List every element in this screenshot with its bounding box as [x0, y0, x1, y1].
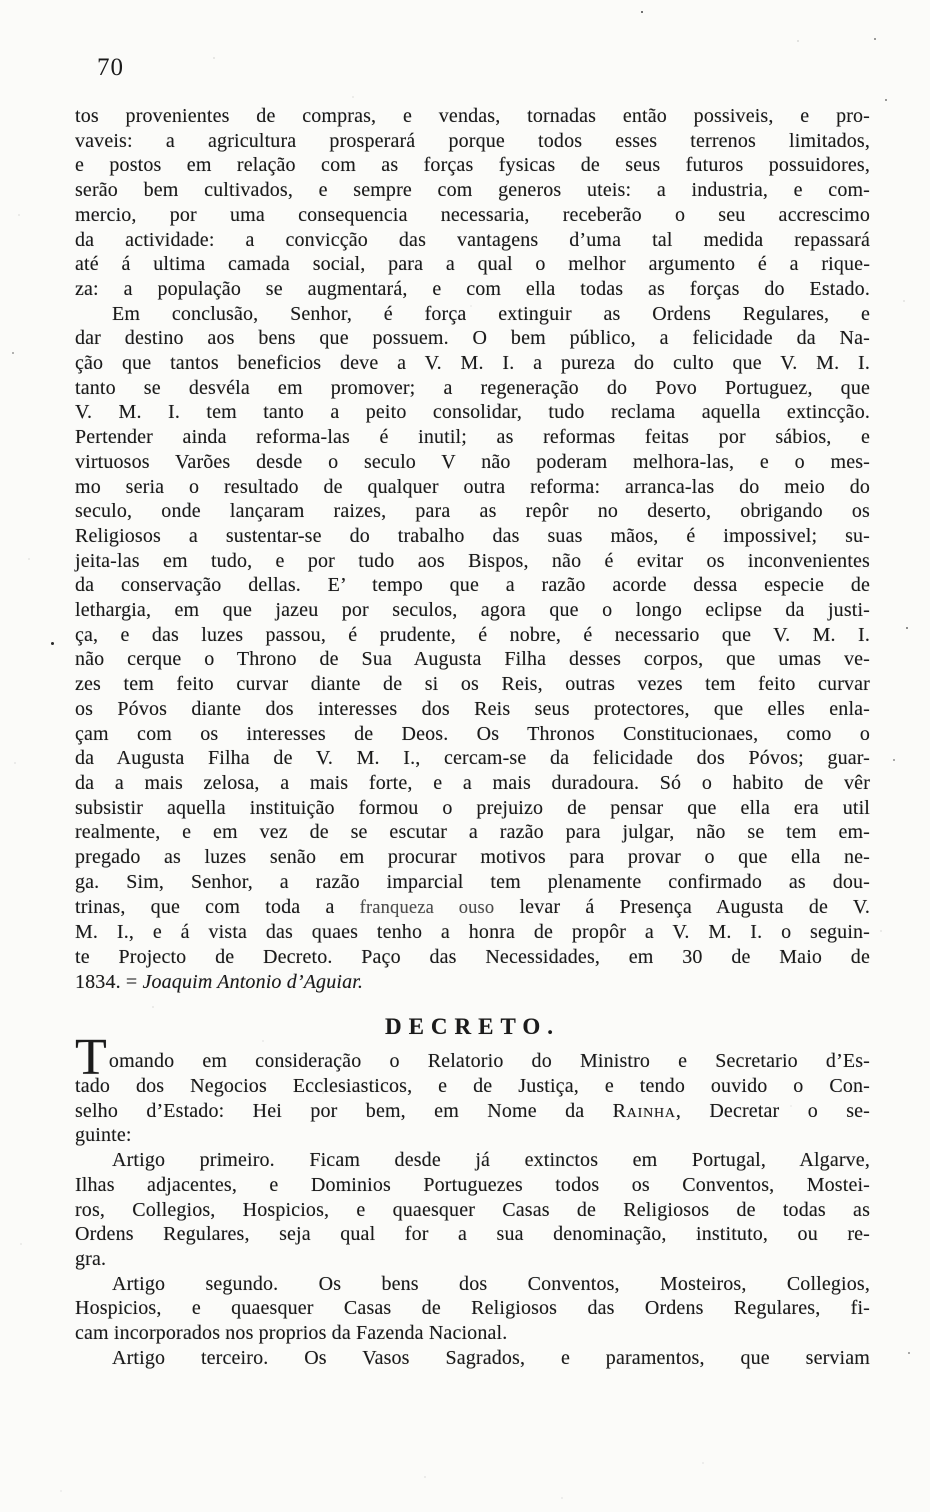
text-segment: gra.: [75, 1248, 106, 1270]
text-segment: Artigo terceiro. Os Vasos Sagrados, e pa…: [112, 1347, 870, 1369]
text-segment: mo seria o resultado de qualquer outra r…: [75, 476, 870, 498]
text-line: subsistir aquella instituição formou o p…: [75, 796, 870, 821]
text-line: te Projecto de Decreto. Paço das Necessi…: [75, 945, 870, 970]
text-segment: za: a população se augmentará, e com ell…: [75, 278, 870, 300]
text-segment: M. I., e á vista das quaes tenho a honra…: [75, 921, 870, 943]
decree-heading: DECRETO.: [75, 1014, 870, 1040]
text-line: mercio, por uma consequencia necessaria,…: [75, 203, 870, 228]
text-line: vaveis: a agricultura prosperará porque …: [75, 129, 870, 154]
text-segment: tanto se desvéla em promover; a regenera…: [75, 377, 870, 399]
text-segment: V. M. I. tem tanto a peito consolidar, t…: [75, 401, 870, 423]
text-segment: Em conclusão, Senhor, é força extinguir …: [112, 303, 870, 325]
text-segment: virtuosos Varões desde o seculo V não po…: [75, 451, 870, 473]
text-line: za: a população se augmentará, e com ell…: [75, 277, 870, 302]
text-segment: Joaquim Antonio d’Aguiar.: [142, 971, 363, 993]
text-segment: seculo, onde lançaram raizes, para as re…: [75, 500, 870, 522]
text-segment: ros, Collegios, Hospicios, e quaesquer C…: [75, 1199, 870, 1221]
text-segment: Artigo segundo. Os bens dos Conventos, M…: [112, 1273, 870, 1295]
text-line: seculo, onde lançaram raizes, para as re…: [75, 499, 870, 524]
text-line: Em conclusão, Senhor, é força extinguir …: [75, 302, 870, 327]
text-line: Ilhas adjacentes, e Dominios Portuguezes…: [75, 1173, 870, 1198]
text-segment: ção que tantos beneficios deve a V. M. I…: [75, 352, 870, 374]
text-line: serão bem cultivados, e sempre com gener…: [75, 178, 870, 203]
text-line: ça, e das luzes passou, é prudente, é no…: [75, 623, 870, 648]
text-line: gra.: [75, 1247, 870, 1272]
margin-ink-spot: [51, 642, 54, 645]
text-line: jeita-las em tudo, e por tudo aos Bispos…: [75, 549, 870, 574]
text-segment: lethargia, em que jazeu por seculos, ago…: [75, 599, 870, 621]
text-segment: çam com os interesses de Deos. Os Throno…: [75, 723, 870, 745]
text-line: trinas, que com toda a franqueza ouso le…: [75, 895, 870, 921]
scanned-page: 70 tos provenientes de compras, e vendas…: [0, 0, 930, 1512]
text-segment: Artigo primeiro. Ficam desde já extincto…: [112, 1149, 870, 1171]
text-line: Artigo segundo. Os bens dos Conventos, M…: [75, 1272, 870, 1297]
text-segment: os Póvos diante dos interesses dos Reis …: [75, 698, 870, 720]
text-line: ção que tantos beneficios deve a V. M. I…: [75, 351, 870, 376]
text-segment: zes tem feito curvar diante de si os Rei…: [75, 673, 870, 695]
text-segment: omando em consideração o Relatorio do Mi…: [109, 1050, 870, 1072]
text-segment: te Projecto de Decreto. Paço das Necessi…: [75, 946, 870, 968]
text-segment: Ordens Regulares, seja qual for a sua de…: [75, 1223, 870, 1245]
paragraph-article-2: Artigo segundo. Os bens dos Conventos, M…: [75, 1272, 870, 1346]
text-line: os Póvos diante dos interesses dos Reis …: [75, 697, 870, 722]
text-segment: da a mais zelosa, a mais forte, e a mais…: [75, 772, 870, 794]
text-segment: da actividade: a convicção das vantagens…: [75, 229, 870, 251]
text-segment: levar á Presença Augusta de V.: [494, 896, 870, 918]
text-line: tado dos Negocios Ecclesiasticos, e de J…: [75, 1074, 870, 1099]
text-segment: serão bem cultivados, e sempre com gener…: [75, 179, 870, 201]
text-line: e postos em relação com as forças fysica…: [75, 153, 870, 178]
text-line: Pertender ainda reforma-las é inutil; as…: [75, 425, 870, 450]
text-line: M. I., e á vista das quaes tenho a honra…: [75, 920, 870, 945]
text-segment: tos provenientes de compras, e vendas, t…: [75, 105, 870, 127]
text-line: 1834. = Joaquim Antonio d’Aguiar.: [75, 970, 870, 995]
text-segment: subsistir aquella instituição formou o p…: [75, 797, 870, 819]
text-line: selho d’Estado: Hei por bem, em Nome da …: [75, 1099, 870, 1124]
scan-noise: [0, 0, 2, 2]
text-segment: dar destino aos bens que possuem. O bem …: [75, 327, 870, 349]
text-line: virtuosos Varões desde o seculo V não po…: [75, 450, 870, 475]
text-line: lethargia, em que jazeu por seculos, ago…: [75, 598, 870, 623]
text-line: mo seria o resultado de qualquer outra r…: [75, 475, 870, 500]
text-segment: não cerque o Throno de Sua Augusta Filha…: [75, 648, 870, 670]
paragraph-article-1: Artigo primeiro. Ficam desde já extincto…: [75, 1148, 870, 1272]
text-line: Artigo terceiro. Os Vasos Sagrados, e pa…: [75, 1346, 870, 1371]
text-line: Tomando em consideração o Relatorio do M…: [75, 1049, 870, 1074]
paragraph-report-conclusion: Em conclusão, Senhor, é força extinguir …: [75, 302, 870, 995]
text-segment: Pertender ainda reforma-las é inutil; as…: [75, 426, 870, 448]
text-segment: Rainha: [613, 1100, 676, 1122]
paragraph-decree-preamble: Tomando em consideração o Relatorio do M…: [75, 1049, 870, 1148]
text-line: da Augusta Filha de V. M. I., cercam-se …: [75, 746, 870, 771]
text-segment: guinte:: [75, 1124, 132, 1146]
text-segment: cam incorporados nos proprios da Fazenda…: [75, 1322, 507, 1344]
text-line: da a mais zelosa, a mais forte, e a mais…: [75, 771, 870, 796]
text-segment: da Augusta Filha de V. M. I., cercam-se …: [75, 747, 870, 769]
text-segment: Hospicios, e quaesquer Casas de Religios…: [75, 1297, 870, 1319]
text-line: ros, Collegios, Hospicios, e quaesquer C…: [75, 1198, 870, 1223]
text-block: tos provenientes de compras, e vendas, t…: [75, 104, 870, 1370]
text-segment: Religiosos a sustentar-se do trabalho da…: [75, 525, 870, 547]
text-line: da actividade: a convicção das vantagens…: [75, 228, 870, 253]
text-line: zes tem feito curvar diante de si os Rei…: [75, 672, 870, 697]
paragraph-report-continuation: tos provenientes de compras, e vendas, t…: [75, 104, 870, 302]
text-line: Religiosos a sustentar-se do trabalho da…: [75, 524, 870, 549]
text-segment: pregado as luzes senão em procurar motiv…: [75, 846, 870, 868]
text-line: V. M. I. tem tanto a peito consolidar, t…: [75, 400, 870, 425]
text-line: tos provenientes de compras, e vendas, t…: [75, 104, 870, 129]
text-segment: franqueza ouso: [360, 898, 495, 918]
text-line: cam incorporados nos proprios da Fazenda…: [75, 1321, 870, 1346]
text-segment: até á ultima camada social, para a qual …: [75, 253, 870, 275]
text-line: çam com os interesses de Deos. Os Throno…: [75, 722, 870, 747]
text-line: não cerque o Throno de Sua Augusta Filha…: [75, 647, 870, 672]
text-segment: e postos em relação com as forças fysica…: [75, 154, 870, 176]
text-line: Hospicios, e quaesquer Casas de Religios…: [75, 1296, 870, 1321]
text-line: Artigo primeiro. Ficam desde já extincto…: [75, 1148, 870, 1173]
text-segment: mercio, por uma consequencia necessaria,…: [75, 204, 870, 226]
text-segment: trinas, que com toda a: [75, 896, 360, 918]
text-segment: realmente, e em vez de se escutar a razã…: [75, 821, 870, 843]
text-segment: jeita-las em tudo, e por tudo aos Bispos…: [75, 550, 870, 572]
text-line: Ordens Regulares, seja qual for a sua de…: [75, 1222, 870, 1247]
text-line: tanto se desvéla em promover; a regenera…: [75, 376, 870, 401]
text-segment: selho d’Estado: Hei por bem, em Nome da: [75, 1100, 613, 1122]
text-segment: ça, e das luzes passou, é prudente, é no…: [75, 624, 870, 646]
text-line: dar destino aos bens que possuem. O bem …: [75, 326, 870, 351]
text-segment: tado dos Negocios Ecclesiasticos, e de J…: [75, 1075, 870, 1097]
text-segment: vaveis: a agricultura prosperará porque …: [75, 130, 870, 152]
paragraph-article-3: Artigo terceiro. Os Vasos Sagrados, e pa…: [75, 1346, 870, 1371]
text-segment: da conservação dellas. E’ tempo que a ra…: [75, 574, 870, 596]
text-line: realmente, e em vez de se escutar a razã…: [75, 820, 870, 845]
text-line: até á ultima camada social, para a qual …: [75, 252, 870, 277]
text-segment: , Decretar o se-: [676, 1100, 870, 1122]
text-line: ga. Sim, Senhor, a razão imparcial tem p…: [75, 870, 870, 895]
text-segment: Ilhas adjacentes, e Dominios Portuguezes…: [75, 1174, 870, 1196]
text-line: da conservação dellas. E’ tempo que a ra…: [75, 573, 870, 598]
text-segment: ga. Sim, Senhor, a razão imparcial tem p…: [75, 871, 870, 893]
text-segment: 1834. =: [75, 971, 142, 993]
text-line: pregado as luzes senão em procurar motiv…: [75, 845, 870, 870]
page-number: 70: [97, 54, 124, 82]
text-line: guinte:: [75, 1123, 870, 1148]
